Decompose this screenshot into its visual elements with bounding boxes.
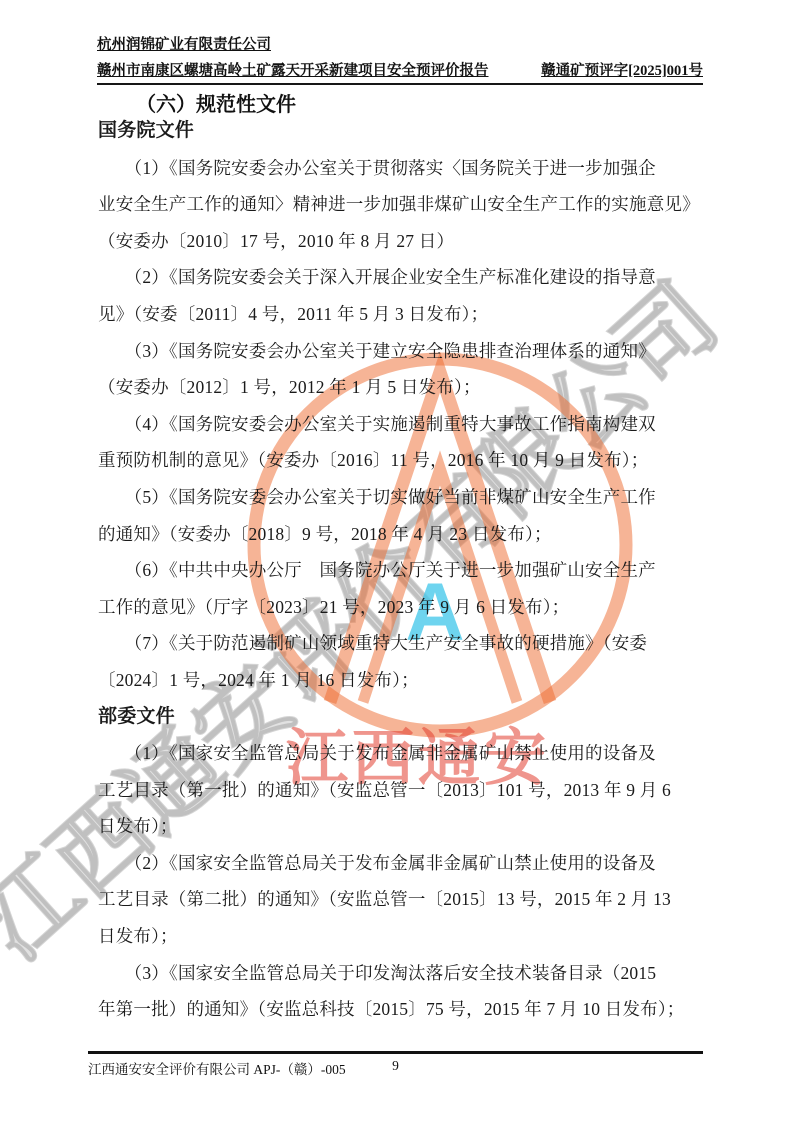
body-line: （1）《国务院安委会办公室关于贯彻落实〈国务院关于进一步加强企 <box>98 150 702 187</box>
body-line: （6）《中共中央办公厅 国务院办公厅关于进一步加强矿山安全生产 <box>98 552 702 589</box>
body-line: 重预防机制的意见》（安委办〔2016〕11 号，2016 年 10 月 9 日发… <box>98 442 702 479</box>
header-document-number: 赣通矿预评字[2025]001号 <box>541 59 703 80</box>
body-line: 工作的意见》（厅字〔2023〕21 号，2023 年 9 月 6 日发布）； <box>98 589 702 626</box>
body-line: 见》（安委〔2011〕4 号，2011 年 5 月 3 日发布）； <box>98 296 702 333</box>
page-footer: 江西通安安全评价有限公司 APJ-（赣）-005 9 <box>88 1051 703 1078</box>
body-line: 工艺目录（第一批）的通知》（安监总管一〔2013〕101 号，2013 年 9 … <box>98 772 702 809</box>
body-line: （安委办〔2012〕1 号，2012 年 1 月 5 日发布）； <box>98 369 702 406</box>
section-title: （六）规范性文件 <box>136 88 296 117</box>
body-line: （3）《国家安全监管总局关于印发淘汰落后安全技术装备目录（2015 <box>98 955 702 992</box>
body-line: 年第一批）的通知》（安监总科技〔2015〕75 号，2015 年 7 月 10 … <box>98 991 702 1028</box>
body-line: （安委办〔2010〕17 号，2010 年 8 月 27 日） <box>98 223 702 260</box>
body-line: （7）《关于防范遏制矿山领域重特大生产安全事故的硬措施》（安委 <box>98 625 702 662</box>
body-line: （4）《国务院安委会办公室关于实施遏制重特大事故工作指南构建双 <box>98 406 702 443</box>
body-line: 日发布）； <box>98 918 702 955</box>
body-line: 的通知》（安委办〔2018〕9 号，2018 年 4 月 23 日发布）； <box>98 516 702 553</box>
document-page: 江西通安评价有限公司 A 江西通安 杭州润锦矿业有限责任公司 赣州市南康区螺塘高… <box>0 0 793 1122</box>
page-number: 9 <box>88 1058 703 1074</box>
body-line: 〔2024〕1 号，2024 年 1 月 16 日发布）； <box>98 662 702 699</box>
body-line: （1）《国家安全监管总局关于发布金属非金属矿山禁止使用的设备及 <box>98 735 702 772</box>
document-body: 国务院文件 （1）《国务院安委会办公室关于贯彻落实〈国务院关于进一步加强企业安全… <box>98 113 702 1028</box>
body-line: 国务院文件 <box>98 113 702 150</box>
page-header: 杭州润锦矿业有限责任公司 赣州市南康区螺塘高岭土矿露天开采新建项目安全预评价报告… <box>97 33 703 85</box>
header-report-title: 赣州市南康区螺塘高岭土矿露天开采新建项目安全预评价报告 <box>97 59 489 80</box>
body-line: 部委文件 <box>98 699 702 736</box>
header-company-name: 杭州润锦矿业有限责任公司 <box>97 33 271 54</box>
body-line: （2）《国家安全监管总局关于发布金属非金属矿山禁止使用的设备及 <box>98 845 702 882</box>
body-line: （3）《国务院安委会办公室关于建立安全隐患排查治理体系的通知》 <box>98 333 702 370</box>
body-line: （2）《国务院安委会关于深入开展企业安全生产标准化建设的指导意 <box>98 259 702 296</box>
body-line: 业安全生产工作的通知〉精神进一步加强非煤矿山安全生产工作的实施意见》 <box>98 186 702 223</box>
body-line: 工艺目录（第二批）的通知》（安监总管一〔2015〕13 号，2015 年 2 月… <box>98 881 702 918</box>
body-line: （5）《国务院安委会办公室关于切实做好当前非煤矿山安全生产工作 <box>98 479 702 516</box>
header-report-title-row: 赣州市南康区螺塘高岭土矿露天开采新建项目安全预评价报告 赣通矿预评字[2025]… <box>97 59 703 80</box>
body-line: 日发布）； <box>98 808 702 845</box>
